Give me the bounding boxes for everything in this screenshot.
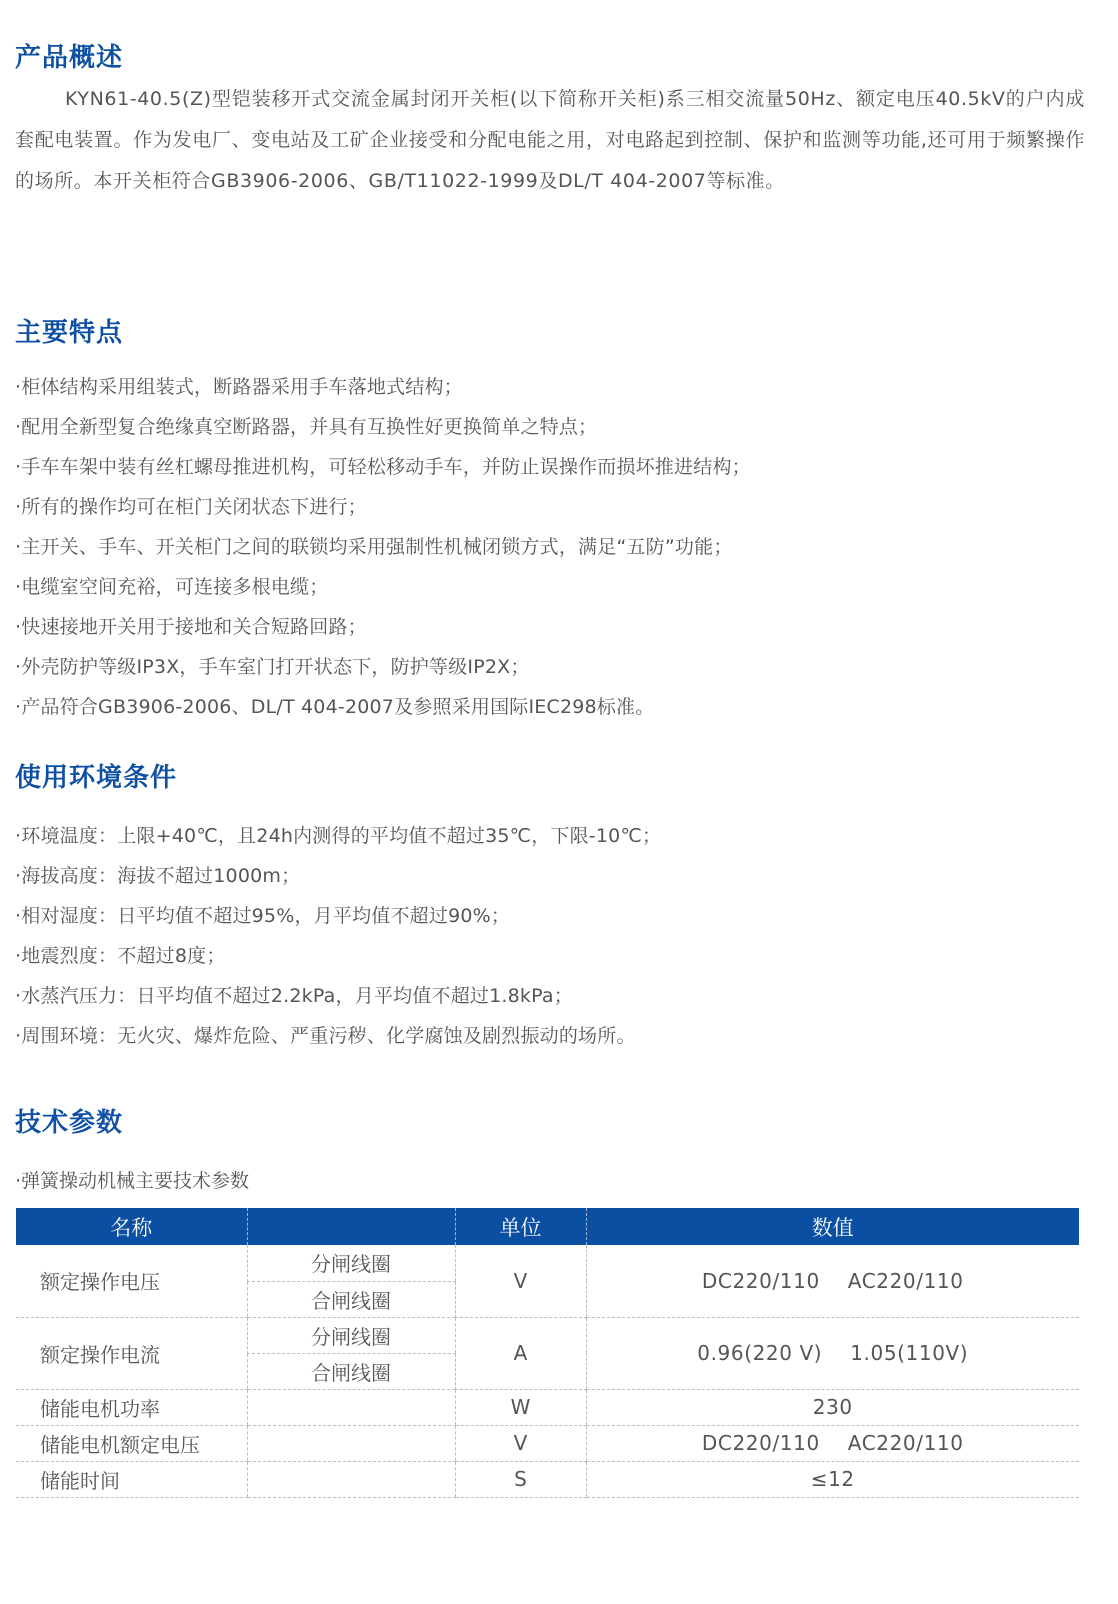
value-dc: DC220/110 xyxy=(702,1431,820,1455)
cell-unit: A xyxy=(455,1317,586,1389)
cell-value: ≤12 xyxy=(586,1461,1079,1497)
section-title-features: 主要特点 xyxy=(15,316,123,350)
value-ac: AC220/110 xyxy=(848,1269,964,1293)
list-item: ·相对湿度：日平均值不超过95%，月平均值不超过90%； xyxy=(15,896,661,936)
cell-unit: V xyxy=(455,1245,586,1317)
section-title-overview: 产品概述 xyxy=(15,41,123,75)
cell-unit: S xyxy=(455,1461,586,1497)
list-item: ·配用全新型复合绝缘真空断路器，并具有互换性好更换简单之特点； xyxy=(15,407,751,447)
cell-name: 储能电机额定电压 xyxy=(16,1425,247,1461)
cell-sub: 合闸线圈 xyxy=(247,1281,455,1317)
list-item: ·电缆室空间充裕，可连接多根电缆； xyxy=(15,567,751,607)
list-item: ·柜体结构采用组装式，断路器采用手车落地式结构； xyxy=(15,367,751,407)
list-item: ·快速接地开关用于接地和关合短路回路； xyxy=(15,607,751,647)
list-item: ·外壳防护等级IP3X，手车室门打开状态下，防护等级IP2X； xyxy=(15,647,751,687)
section-title-tech: 技术参数 xyxy=(15,1106,123,1140)
cell-value: DC220/110AC220/110 xyxy=(586,1245,1079,1317)
list-item: ·周围环境：无火灾、爆炸危险、严重污秽、化学腐蚀及剧烈振动的场所。 xyxy=(15,1016,661,1056)
cell-unit: W xyxy=(455,1389,586,1425)
table-caption: ·弹簧操动机械主要技术参数 xyxy=(15,1166,249,1196)
cell-sub: 合闸线圈 xyxy=(247,1353,455,1389)
table-row: 储能电机功率 W 230 xyxy=(16,1389,1079,1425)
overview-paragraph: KYN61-40.5(Z)型铠装移开式交流金属封闭开关柜(以下简称开关柜)系三相… xyxy=(15,79,1085,202)
cell-sub: 分闸线圈 xyxy=(247,1245,455,1281)
value-dc: DC220/110 xyxy=(702,1269,820,1293)
list-item: ·环境温度：上限+40℃，且24h内测得的平均值不超过35℃，下限-10℃； xyxy=(15,816,661,856)
value-ac: AC220/110 xyxy=(848,1431,964,1455)
list-item: ·手车车架中装有丝杠螺母推进机构，可轻松移动手车，并防止误操作而损坏推进结构； xyxy=(15,447,751,487)
cell-sub: 分闸线圈 xyxy=(247,1317,455,1353)
cell-name: 储能时间 xyxy=(16,1461,247,1497)
cell-value: DC220/110AC220/110 xyxy=(586,1425,1079,1461)
section-title-environment: 使用环境条件 xyxy=(15,761,177,795)
table-row: 储能时间 S ≤12 xyxy=(16,1461,1079,1497)
cell-sub xyxy=(247,1389,455,1425)
header-sub xyxy=(247,1208,455,1245)
features-list: ·柜体结构采用组装式，断路器采用手车落地式结构； ·配用全新型复合绝缘真空断路器… xyxy=(15,367,751,727)
list-item: ·海拔高度：海拔不超过1000m； xyxy=(15,856,661,896)
list-item: ·水蒸汽压力：日平均值不超过2.2kPa，月平均值不超过1.8kPa； xyxy=(15,976,661,1016)
cell-name: 储能电机功率 xyxy=(16,1389,247,1425)
list-item: ·产品符合GB3906-2006、DL/T 404-2007及参照采用国际IEC… xyxy=(15,687,751,727)
table-row: 额定操作电压 分闸线圈 V DC220/110AC220/110 xyxy=(16,1245,1079,1281)
cell-value: 0.96(220 V)1.05(110V) xyxy=(586,1317,1079,1389)
header-unit: 单位 xyxy=(455,1208,586,1245)
cell-value: 230 xyxy=(586,1389,1079,1425)
cell-sub xyxy=(247,1425,455,1461)
header-value: 数值 xyxy=(586,1208,1079,1245)
list-item: ·所有的操作均可在柜门关闭状态下进行； xyxy=(15,487,751,527)
table-header-row: 名称 单位 数值 xyxy=(16,1208,1079,1245)
cell-name: 额定操作电流 xyxy=(16,1317,247,1389)
value-220: 0.96(220 V) xyxy=(697,1341,822,1365)
environment-list: ·环境温度：上限+40℃，且24h内测得的平均值不超过35℃，下限-10℃； ·… xyxy=(15,816,661,1056)
cell-name: 额定操作电压 xyxy=(16,1245,247,1317)
table-row: 额定操作电流 分闸线圈 A 0.96(220 V)1.05(110V) xyxy=(16,1317,1079,1353)
cell-unit: V xyxy=(455,1425,586,1461)
value-110: 1.05(110V) xyxy=(850,1341,968,1365)
cell-sub xyxy=(247,1461,455,1497)
list-item: ·地震烈度：不超过8度； xyxy=(15,936,661,976)
overview-text: KYN61-40.5(Z)型铠装移开式交流金属封闭开关柜(以下简称开关柜)系三相… xyxy=(15,88,1085,192)
spec-table: 名称 单位 数值 额定操作电压 分闸线圈 V DC220/110AC220/11… xyxy=(16,1208,1079,1498)
table-row: 储能电机额定电压 V DC220/110AC220/110 xyxy=(16,1425,1079,1461)
header-name: 名称 xyxy=(16,1208,247,1245)
list-item: ·主开关、手车、开关柜门之间的联锁均采用强制性机械闭锁方式，满足“五防”功能； xyxy=(15,527,751,567)
